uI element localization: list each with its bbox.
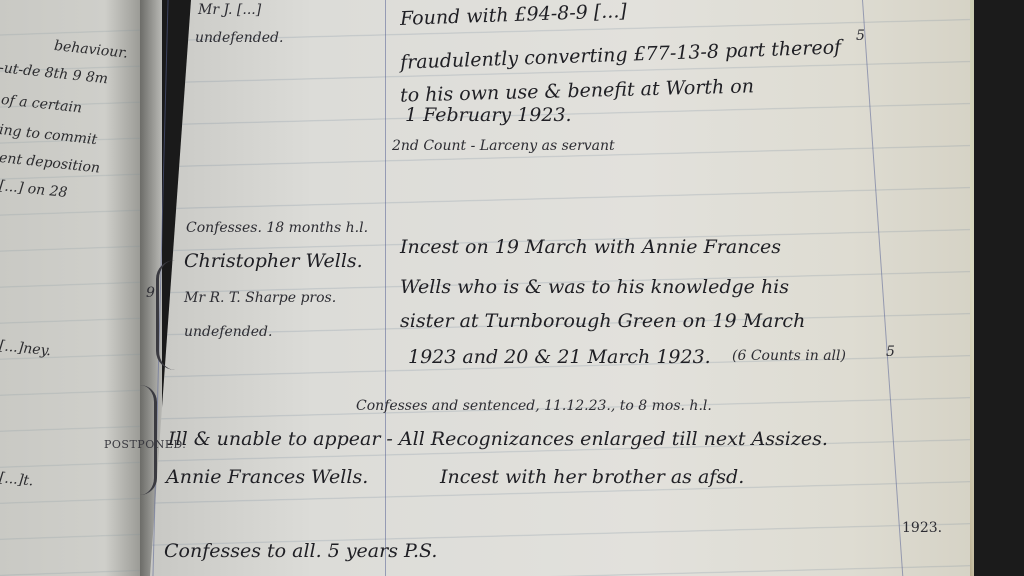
entry-left-line: Confesses. 18 months h.l. xyxy=(186,220,368,236)
entry-left-line: Mr J. [...] xyxy=(198,2,261,18)
charge-line: Ill & unable to appear - All Recognizanc… xyxy=(168,428,828,450)
margin-mark: 5 xyxy=(856,28,865,44)
entry-left-line: Mr R. T. Sharpe pros. xyxy=(184,290,336,306)
left-page: behaviour. -ut-de 8th 9 8m of a certain … xyxy=(0,0,150,576)
charge-line: 1923 and 20 & 21 March 1923. xyxy=(408,346,711,368)
charge-line: 1 February 1923. xyxy=(405,104,572,126)
left-fragment: [...]t. xyxy=(0,470,34,490)
defendant-name: Christopher Wells. xyxy=(184,250,363,272)
charge-line: Incest on 19 March with Annie Frances xyxy=(400,236,781,258)
ledger-photo: behaviour. -ut-de 8th 9 8m of a certain … xyxy=(0,0,1024,576)
margin-year: 1923. xyxy=(902,520,942,536)
sentence-note: Confesses and sentenced, 11.12.23., to 8… xyxy=(356,398,712,414)
margin-mark: 5 xyxy=(886,344,895,360)
defendant-name: Annie Frances Wells. xyxy=(166,466,368,488)
counts-note: (6 Counts in all) xyxy=(732,348,846,364)
entry-left-line: undefended. xyxy=(184,324,272,340)
bracket xyxy=(156,260,175,370)
background xyxy=(974,0,1024,576)
column-rule xyxy=(385,0,386,576)
charge-line: 2nd Count - Larceny as servant xyxy=(392,138,615,154)
entry-left-line: undefended. xyxy=(195,30,283,46)
entry-left-line: Confesses to all. 5 years P.S. xyxy=(164,540,437,562)
charge-line: Incest with her brother as afsd. xyxy=(440,466,744,488)
charge-line: Wells who is & was to his knowledge his xyxy=(400,276,789,298)
charge-line: sister at Turnborough Green on 19 March xyxy=(400,310,805,332)
